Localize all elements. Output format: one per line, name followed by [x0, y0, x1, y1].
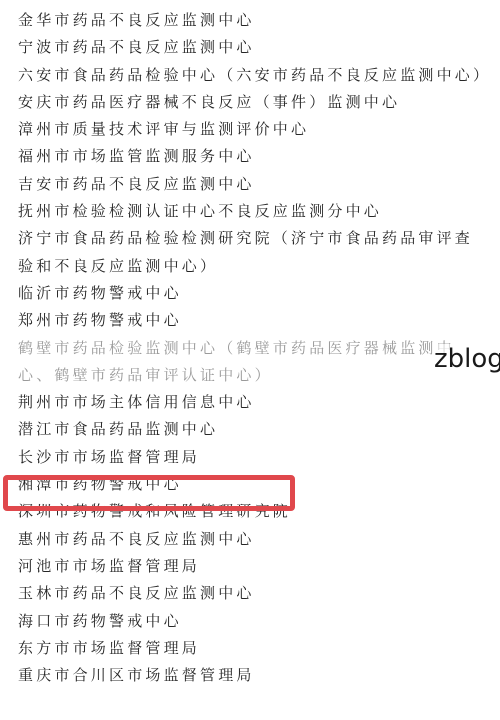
list-item: 金华市药品不良反应监测中心 — [18, 7, 488, 34]
list-item: 长沙市市场监督管理局 — [18, 444, 488, 471]
list-item: 郑州市药物警戒中心 — [18, 307, 488, 334]
list-item: 惠州市药品不良反应监测中心 — [18, 526, 488, 553]
institution-list: 金华市药品不良反应监测中心 宁波市药品不良反应监测中心 六安市食品药品检验中心（… — [18, 7, 488, 689]
list-item: 荆州市市场主体信用信息中心 — [18, 389, 488, 416]
highlight-box — [3, 475, 295, 511]
list-item-faded: 鹤壁市药品检验监测中心（鹤壁市药品医疗器械监测中心、鹤壁市药品审评认证中心） — [18, 335, 488, 390]
list-item: 漳州市质量技术评审与监测评价中心 — [18, 116, 488, 143]
list-item: 玉林市药品不良反应监测中心 — [18, 580, 488, 607]
list-item: 安庆市药品医疗器械不良反应（事件）监测中心 — [18, 89, 488, 116]
list-item: 六安市食品药品检验中心（六安市药品不良反应监测中心） — [18, 62, 488, 89]
list-item: 海口市药物警戒中心 — [18, 608, 488, 635]
list-item: 宁波市药品不良反应监测中心 — [18, 34, 488, 61]
list-item: 福州市市场监管监测服务中心 — [18, 143, 488, 170]
list-item: 抚州市检验检测认证中心不良反应监测分中心 — [18, 198, 488, 225]
list-item: 东方市市场监督管理局 — [18, 635, 488, 662]
list-item: 吉安市药品不良反应监测中心 — [18, 171, 488, 198]
list-item: 临沂市药物警戒中心 — [18, 280, 488, 307]
list-item: 河池市市场监督管理局 — [18, 553, 488, 580]
list-item: 济宁市食品药品检验检测研究院（济宁市食品药品审评查验和不良反应监测中心） — [18, 225, 488, 280]
list-item: 重庆市合川区市场监督管理局 — [18, 662, 488, 689]
watermark: zblog — [434, 344, 500, 374]
list-item: 潜江市食品药品监测中心 — [18, 416, 488, 443]
